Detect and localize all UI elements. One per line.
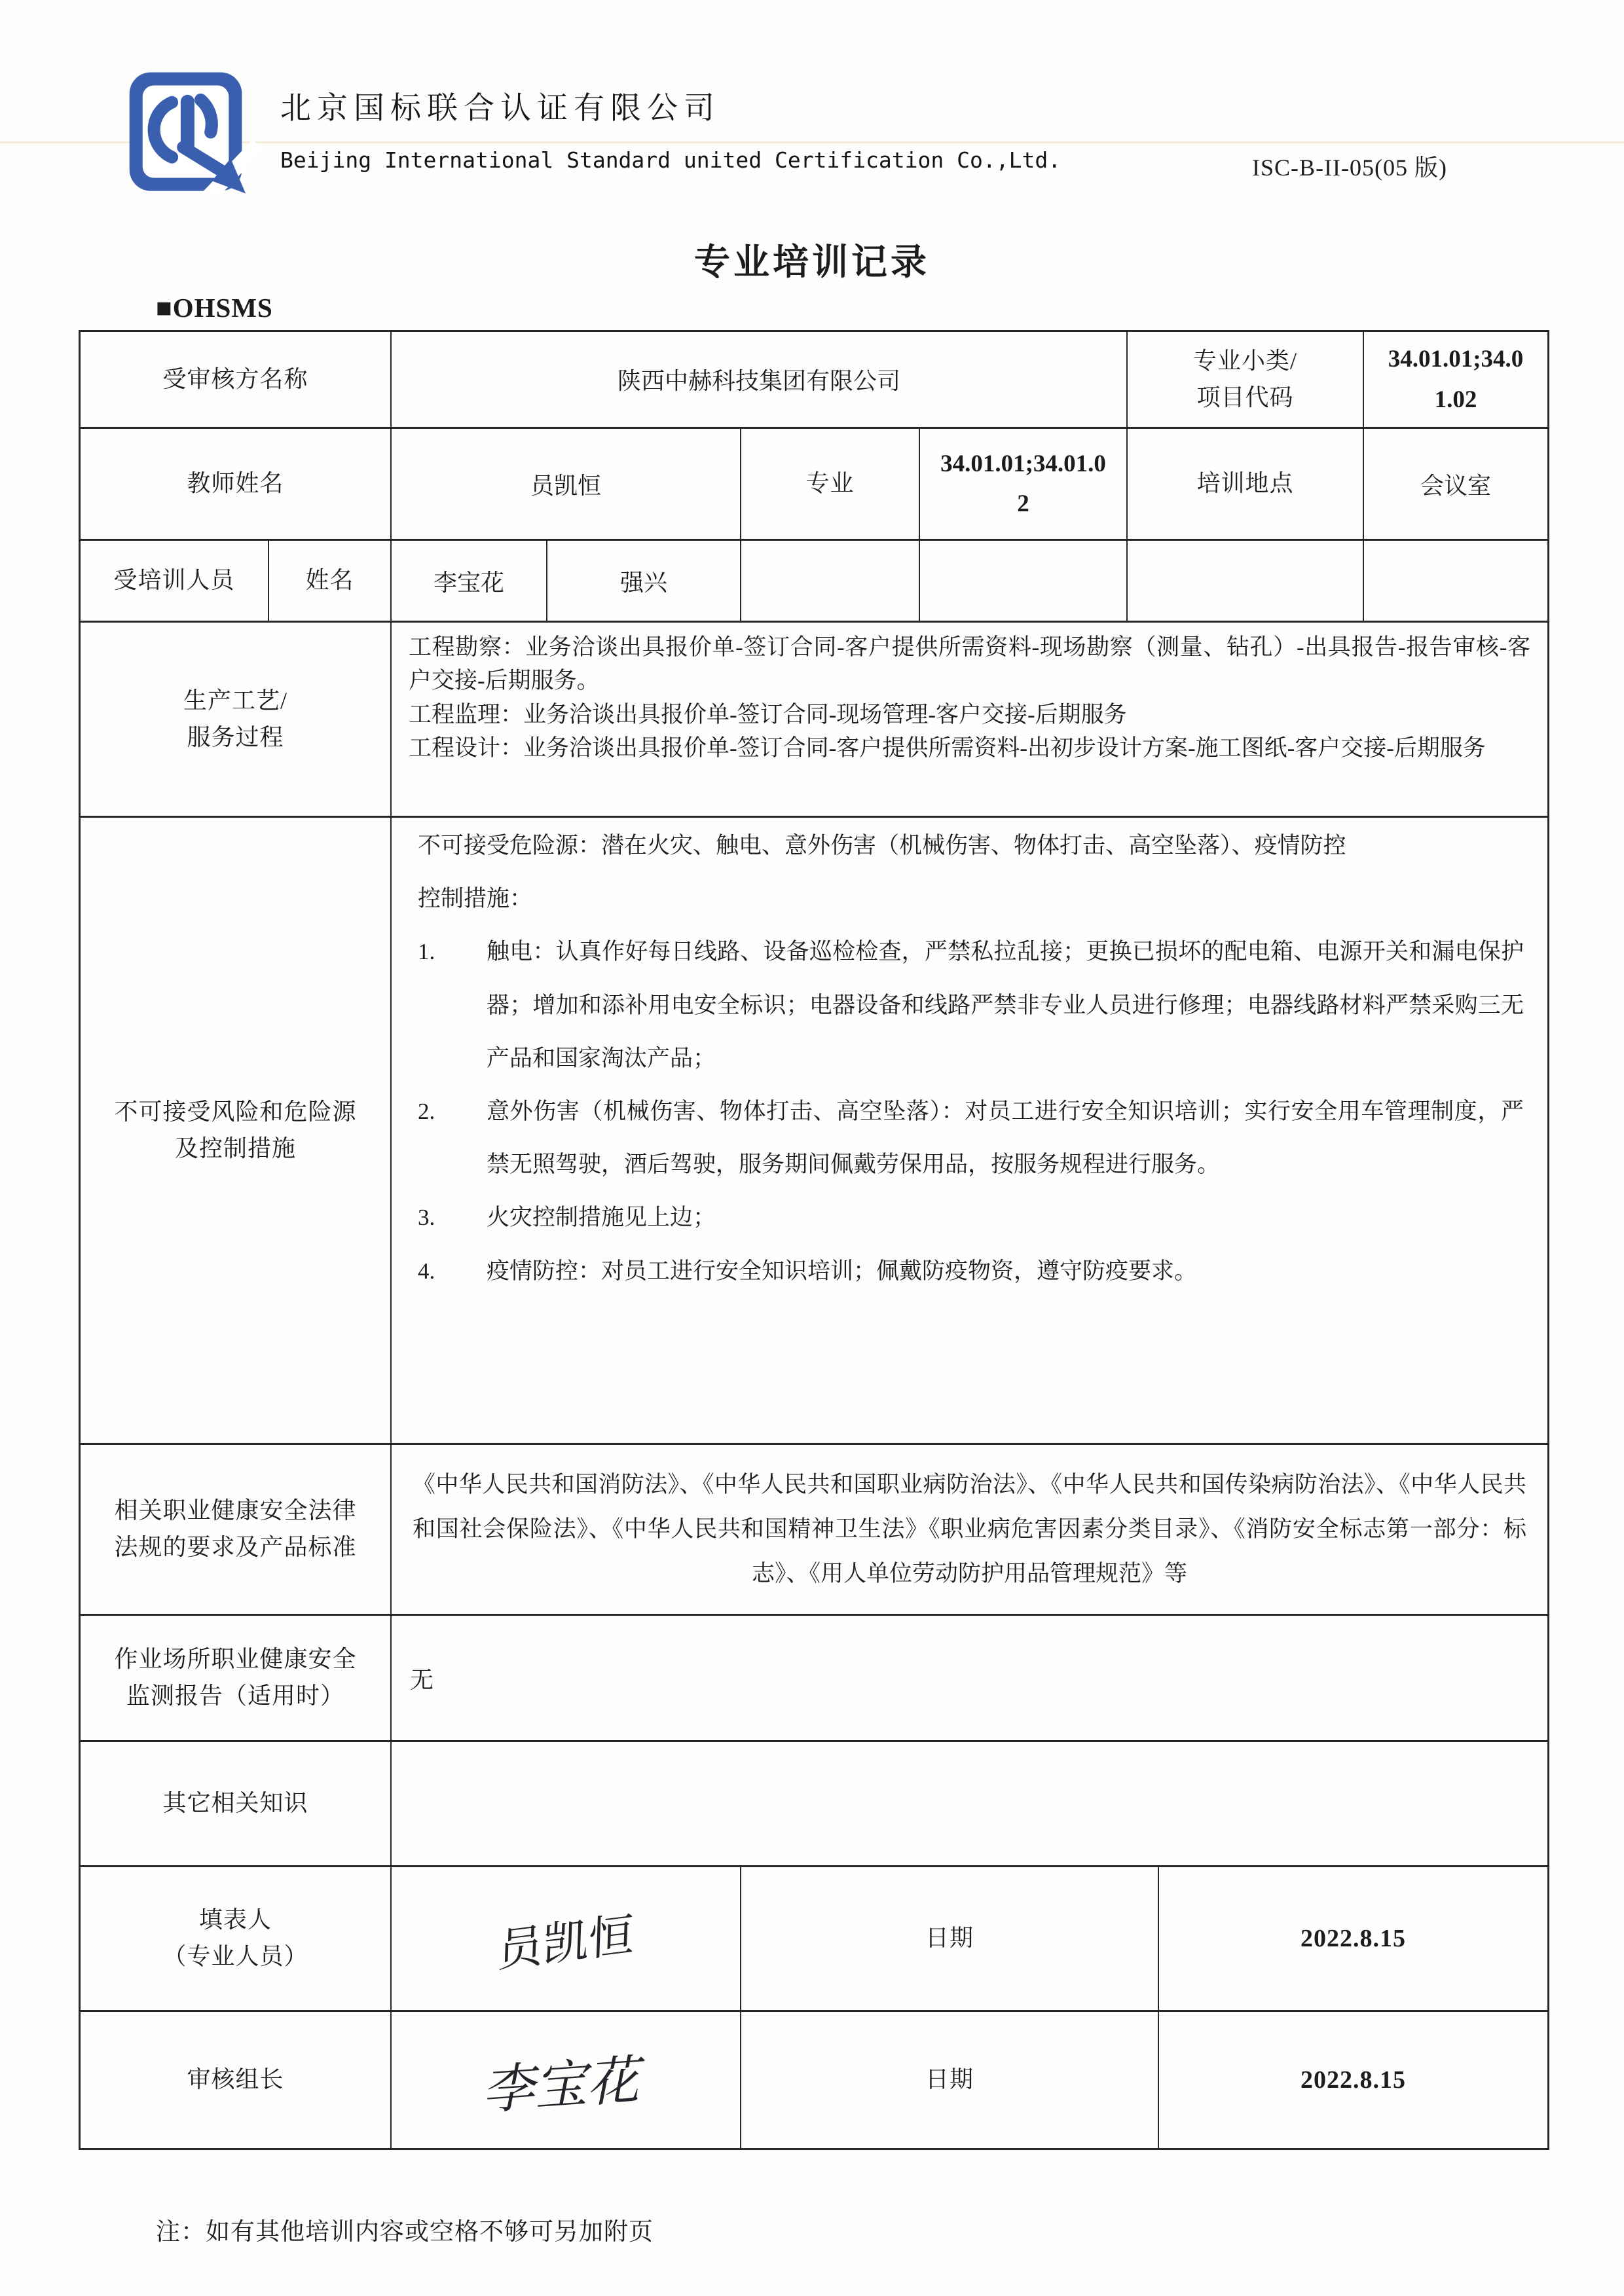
row-form-filler: 填表人 （专业人员） 员凯恒 日期 2022.8.15 bbox=[81, 1867, 1547, 2012]
trainee-empty-cell bbox=[920, 541, 1128, 621]
major-label: 专业 bbox=[741, 429, 920, 539]
risk-content: 不可接受危险源：潜在火灾、触电、意外伤害（机械伤害、物体打击、高空坠落）、疫情防… bbox=[392, 818, 1547, 1443]
certification-logo-icon bbox=[126, 69, 261, 198]
header: 北京国标联合认证有限公司 Beijing International Stand… bbox=[126, 69, 1061, 198]
footer-note: 注：如有其他培训内容或空格不够可另加附页 bbox=[156, 2212, 654, 2247]
teacher-name-value: 员凯恒 bbox=[392, 429, 741, 539]
row-other-knowledge: 其它相关知识 bbox=[81, 1742, 1547, 1867]
company-name-en: Beijing International Standard united Ce… bbox=[280, 147, 1061, 173]
process-content: 工程勘察：业务洽谈出具报价单-签订合同-客户提供所需资料-现场勘察（测量、钻孔）… bbox=[392, 623, 1547, 816]
risk-label: 不可接受风险和危险源 及控制措施 bbox=[81, 818, 392, 1443]
risk-item-2: 2. 意外伤害（机械伤害、物体打击、高空坠落）：对员工进行安全知识培训；实行安全… bbox=[418, 1085, 1528, 1191]
document-code: ISC-B-II-05(05 版) bbox=[1252, 149, 1447, 183]
company-name-cn: 北京国标联合认证有限公司 bbox=[280, 84, 1061, 128]
process-line-1: 工程勘察：业务洽谈出具报价单-签订合同-客户提供所需资料-现场勘察（测量、钻孔）… bbox=[409, 630, 1530, 698]
audited-org-label: 受审核方名称 bbox=[81, 332, 392, 427]
scanned-training-record-page: 北京国标联合认证有限公司 Beijing International Stand… bbox=[0, 0, 1624, 2296]
form-filler-date-label: 日期 bbox=[741, 1867, 1159, 2010]
form-filler-signature: 员凯恒 bbox=[392, 1867, 741, 2010]
row-risk: 不可接受风险和危险源 及控制措施 不可接受危险源：潜在火灾、触电、意外伤害（机械… bbox=[81, 818, 1547, 1445]
row-process: 生产工艺/ 服务过程 工程勘察：业务洽谈出具报价单-签订合同-客户提供所需资料-… bbox=[81, 623, 1547, 818]
header-company-block: 北京国标联合认证有限公司 Beijing International Stand… bbox=[280, 69, 1061, 173]
risk-item-number: 4. bbox=[418, 1245, 487, 1298]
row-trainees: 受培训人员 姓名 李宝花 强兴 bbox=[81, 541, 1547, 623]
form-filler-date-value: 2022.8.15 bbox=[1159, 1867, 1547, 2010]
row-teacher: 教师姓名 员凯恒 专业 34.01.01;34.01.02 培训地点 会议室 bbox=[81, 429, 1547, 541]
row-audit-leader: 审核组长 李宝花 日期 2022.8.15 bbox=[81, 2012, 1547, 2148]
risk-item-1: 1. 触电：认真作好每日线路、设备巡检检查，严禁私拉乱接；更换已损坏的配电箱、电… bbox=[418, 925, 1528, 1085]
trainee-empty-cell bbox=[1128, 541, 1364, 621]
other-knowledge-label: 其它相关知识 bbox=[81, 1742, 392, 1865]
row-laws: 相关职业健康安全法律 法规的要求及产品标准 《中华人民共和国消防法》、《中华人民… bbox=[81, 1445, 1547, 1616]
laws-content: 《中华人民共和国消防法》、《中华人民共和国职业病防治法》、《中华人民共和国传染病… bbox=[392, 1445, 1547, 1614]
form-table: 受审核方名称 陕西中赫科技集团有限公司 专业小类/ 项目代码 34.01.01;… bbox=[79, 330, 1549, 2150]
location-value: 会议室 bbox=[1364, 429, 1547, 539]
risk-item-number: 1. bbox=[418, 925, 487, 1085]
monitoring-label: 作业场所职业健康安全 监测报告（适用时） bbox=[81, 1616, 392, 1740]
process-line-2: 工程监理：业务洽谈出具报价单-签订合同-现场管理-客户交接-后期服务 bbox=[409, 698, 1530, 731]
subclass-value: 34.01.01;34.01.02 bbox=[1364, 332, 1547, 427]
location-label: 培训地点 bbox=[1128, 429, 1364, 539]
other-knowledge-value bbox=[392, 1742, 1547, 1865]
risk-item-number: 3. bbox=[418, 1191, 487, 1244]
teacher-label: 教师姓名 bbox=[81, 429, 392, 539]
row-audited-org: 受审核方名称 陕西中赫科技集团有限公司 专业小类/ 项目代码 34.01.01;… bbox=[81, 332, 1547, 429]
audit-leader-signature: 李宝花 bbox=[392, 2012, 741, 2148]
process-line-3: 工程设计：业务洽谈出具报价单-签订合同-客户提供所需资料-出初步设计方案-施工图… bbox=[409, 731, 1530, 765]
audit-leader-label: 审核组长 bbox=[81, 2012, 392, 2148]
subclass-label: 专业小类/ 项目代码 bbox=[1128, 332, 1364, 427]
page-title: 专业培训记录 bbox=[0, 233, 1624, 285]
risk-item-4: 4. 疫情防控：对员工进行安全知识培训；佩戴防疫物资，遵守防疫要求。 bbox=[418, 1245, 1528, 1298]
trainee-name-2: 强兴 bbox=[547, 541, 741, 621]
trainees-label: 受培训人员 bbox=[81, 541, 269, 621]
major-value: 34.01.01;34.01.02 bbox=[920, 429, 1128, 539]
risk-control-title: 控制措施： bbox=[418, 872, 1528, 925]
process-label: 生产工艺/ 服务过程 bbox=[81, 623, 392, 816]
trainee-empty-cell bbox=[1364, 541, 1547, 621]
trainee-name-1: 李宝花 bbox=[392, 541, 547, 621]
trainee-empty-cell bbox=[741, 541, 920, 621]
risk-item-number: 2. bbox=[418, 1085, 487, 1191]
risk-item-3: 3. 火灾控制措施见上边； bbox=[418, 1191, 1528, 1244]
audit-leader-date-value: 2022.8.15 bbox=[1159, 2012, 1547, 2148]
ohsms-tag: ■OHSMS bbox=[156, 292, 273, 323]
monitoring-value: 无 bbox=[392, 1616, 1547, 1740]
form-filler-label: 填表人 （专业人员） bbox=[81, 1867, 392, 2010]
laws-label: 相关职业健康安全法律 法规的要求及产品标准 bbox=[81, 1445, 392, 1614]
risk-intro: 不可接受危险源：潜在火灾、触电、意外伤害（机械伤害、物体打击、高空坠落）、疫情防… bbox=[418, 819, 1528, 872]
audit-leader-date-label: 日期 bbox=[741, 2012, 1159, 2148]
trainees-name-label: 姓名 bbox=[269, 541, 392, 621]
audited-org-value: 陕西中赫科技集团有限公司 bbox=[392, 332, 1128, 427]
row-monitoring: 作业场所职业健康安全 监测报告（适用时） 无 bbox=[81, 1616, 1547, 1742]
